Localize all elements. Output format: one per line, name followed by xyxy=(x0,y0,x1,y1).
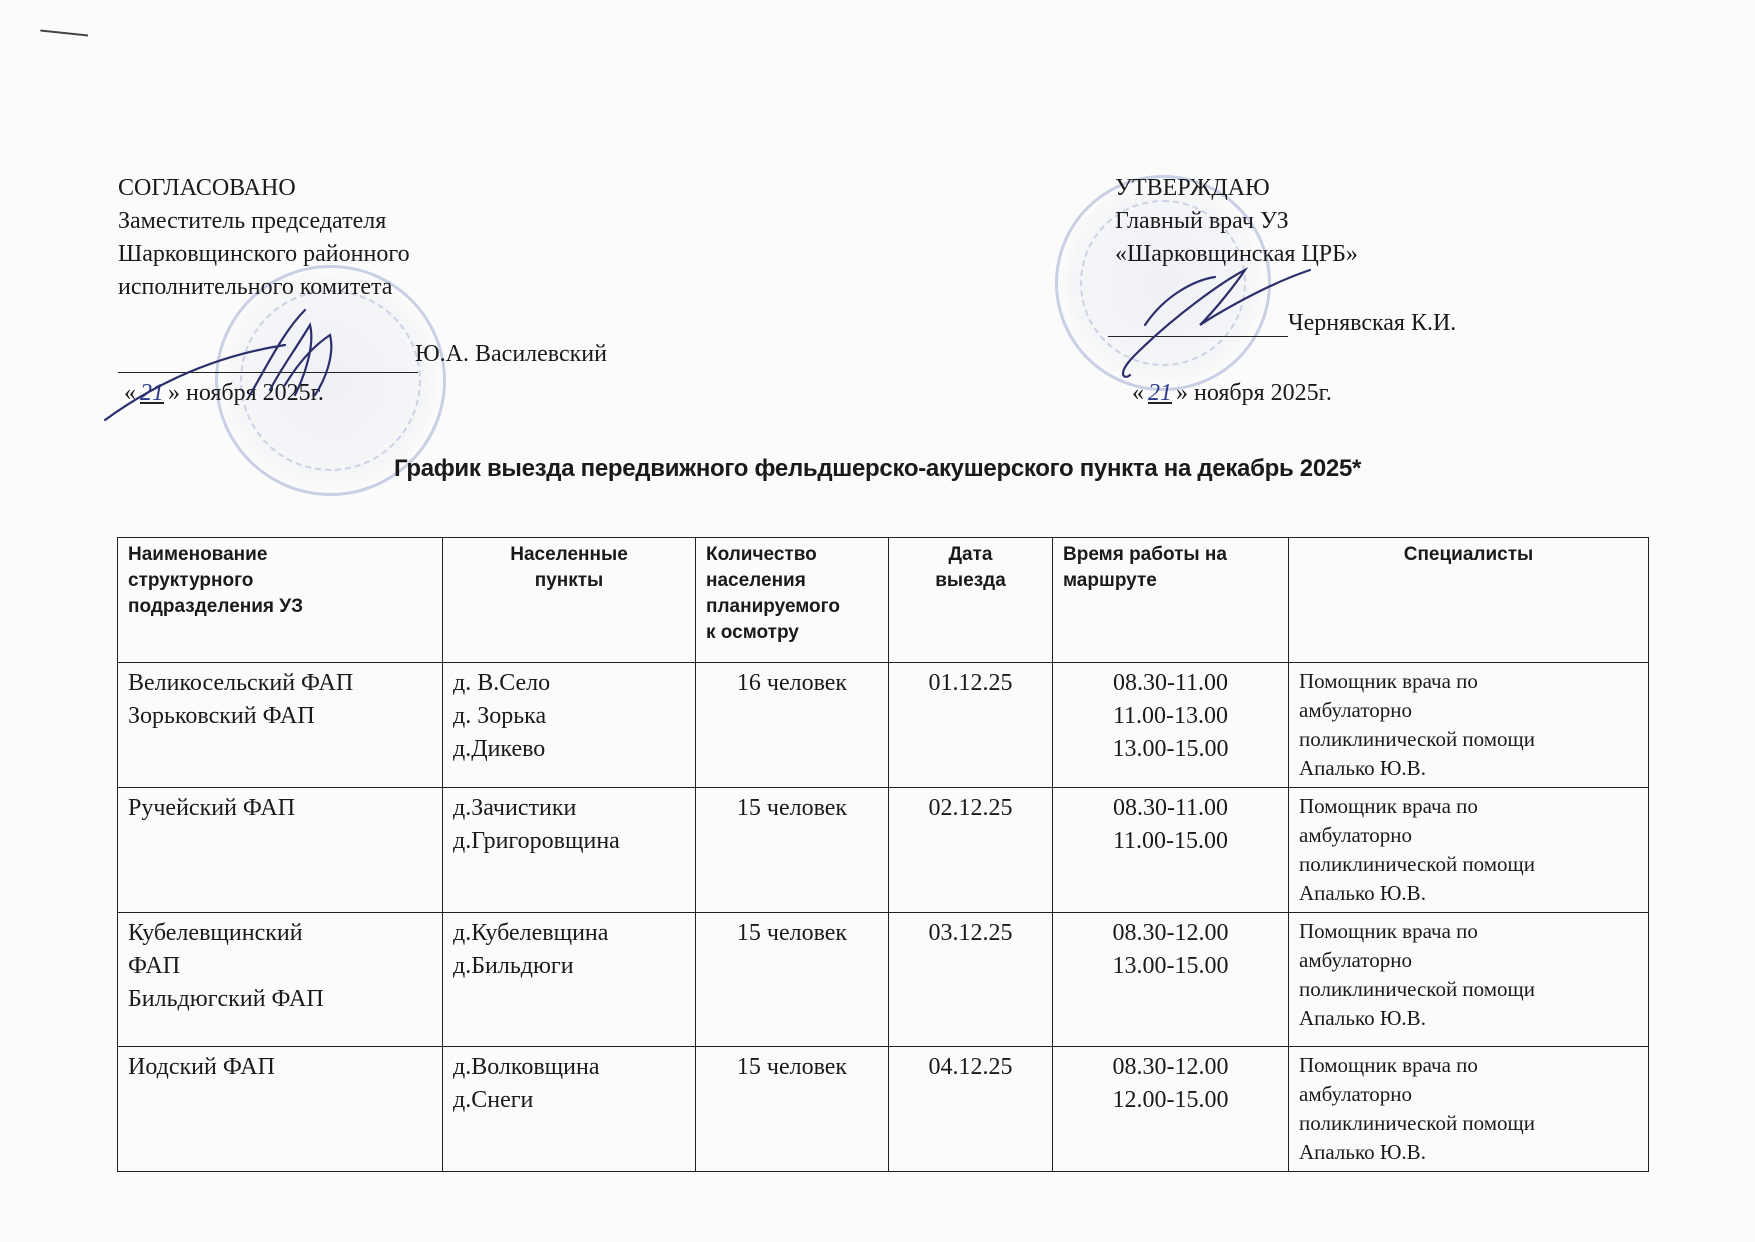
cell-settlements: д.Кубелевщина д.Бильдюги xyxy=(443,913,696,1047)
table-row: Великосельский ФАП Зорьковский ФАП д. В.… xyxy=(118,663,1649,788)
approval-line: Заместитель председателя xyxy=(118,205,410,238)
cell-unit: Кубелевщинский ФАП Бильдюгский ФАП xyxy=(118,913,443,1047)
approval-block-agreed: СОГЛАСОВАНО Заместитель председателя Шар… xyxy=(118,172,410,304)
header-hours: Время работы на маршруте xyxy=(1053,538,1289,663)
header-population: Количество населения планируемого к осмо… xyxy=(696,538,889,663)
cell-specialists: Помощник врача по амбулаторно поликлинич… xyxy=(1289,913,1649,1047)
approval-line: исполнительного комитета xyxy=(118,271,410,304)
table-row: Ручейский ФАП д.Зачистики д.Григоровщина… xyxy=(118,788,1649,913)
handwritten-day-left: 21 xyxy=(136,380,168,406)
cell-date: 04.12.25 xyxy=(889,1047,1053,1172)
header-date: Дата выезда xyxy=(889,538,1053,663)
cell-hours: 08.30-12.00 13.00-15.00 xyxy=(1053,913,1289,1047)
header-specialists: Специалисты xyxy=(1289,538,1649,663)
approval-line: «Шарковщинская ЦРБ» xyxy=(1115,238,1358,271)
signature-line-right xyxy=(1108,336,1288,337)
cell-date: 01.12.25 xyxy=(889,663,1053,788)
cell-specialists: Помощник врача по амбулаторно поликлинич… xyxy=(1289,663,1649,788)
cell-unit: Ручейский ФАП xyxy=(118,788,443,913)
cell-population: 15 человек xyxy=(696,1047,889,1172)
cell-specialists: Помощник врача по амбулаторно поликлинич… xyxy=(1289,1047,1649,1172)
scan-artifact-mark xyxy=(40,30,88,41)
cell-settlements: д. В.Село д. Зорька д.Дикево xyxy=(443,663,696,788)
approval-line: Шарковщинского районного xyxy=(118,238,410,271)
cell-date: 03.12.25 xyxy=(889,913,1053,1047)
approval-line: Главный врач УЗ xyxy=(1115,205,1358,238)
header-unit: Наименование структурного подразделения … xyxy=(118,538,443,663)
signer-name-right: Чернявская К.И. xyxy=(1288,310,1456,337)
table-row: Иодский ФАП д.Волковщина д.Снеги 15 чело… xyxy=(118,1047,1649,1172)
cell-population: 15 человек xyxy=(696,913,889,1047)
cell-population: 16 человек xyxy=(696,663,889,788)
cell-unit: Великосельский ФАП Зорьковский ФАП xyxy=(118,663,443,788)
cell-population: 15 человек xyxy=(696,788,889,913)
cell-hours: 08.30-11.00 11.00-13.00 13.00-15.00 xyxy=(1053,663,1289,788)
header-settlements: Населенные пункты xyxy=(443,538,696,663)
cell-specialists: Помощник врача по амбулаторно поликлинич… xyxy=(1289,788,1649,913)
cell-settlements: д.Зачистики д.Григоровщина xyxy=(443,788,696,913)
cell-unit: Иодский ФАП xyxy=(118,1047,443,1172)
signature-line-left xyxy=(118,372,418,373)
approval-date-right: «21» ноября 2025г. xyxy=(1132,380,1332,407)
approval-heading-agreed: СОГЛАСОВАНО xyxy=(118,172,410,205)
cell-hours: 08.30-11.00 11.00-15.00 xyxy=(1053,788,1289,913)
document-title: График выезда передвижного фельдшерско-а… xyxy=(0,455,1755,483)
approval-heading-approved: УТВЕРЖДАЮ xyxy=(1115,172,1358,205)
cell-settlements: д.Волковщина д.Снеги xyxy=(443,1047,696,1172)
approval-block-approved: УТВЕРЖДАЮ Главный врач УЗ «Шарковщинская… xyxy=(1115,172,1358,271)
table-header-row: Наименование структурного подразделения … xyxy=(118,538,1649,663)
cell-date: 02.12.25 xyxy=(889,788,1053,913)
handwritten-day-right: 21 xyxy=(1144,380,1176,406)
table-row: Кубелевщинский ФАП Бильдюгский ФАП д.Куб… xyxy=(118,913,1649,1047)
signer-name-left: Ю.А. Василевский xyxy=(415,341,607,368)
approval-date-left: «21» ноября 2025г. xyxy=(124,380,324,407)
cell-hours: 08.30-12.00 12.00-15.00 xyxy=(1053,1047,1289,1172)
schedule-table: Наименование структурного подразделения … xyxy=(117,537,1649,1172)
